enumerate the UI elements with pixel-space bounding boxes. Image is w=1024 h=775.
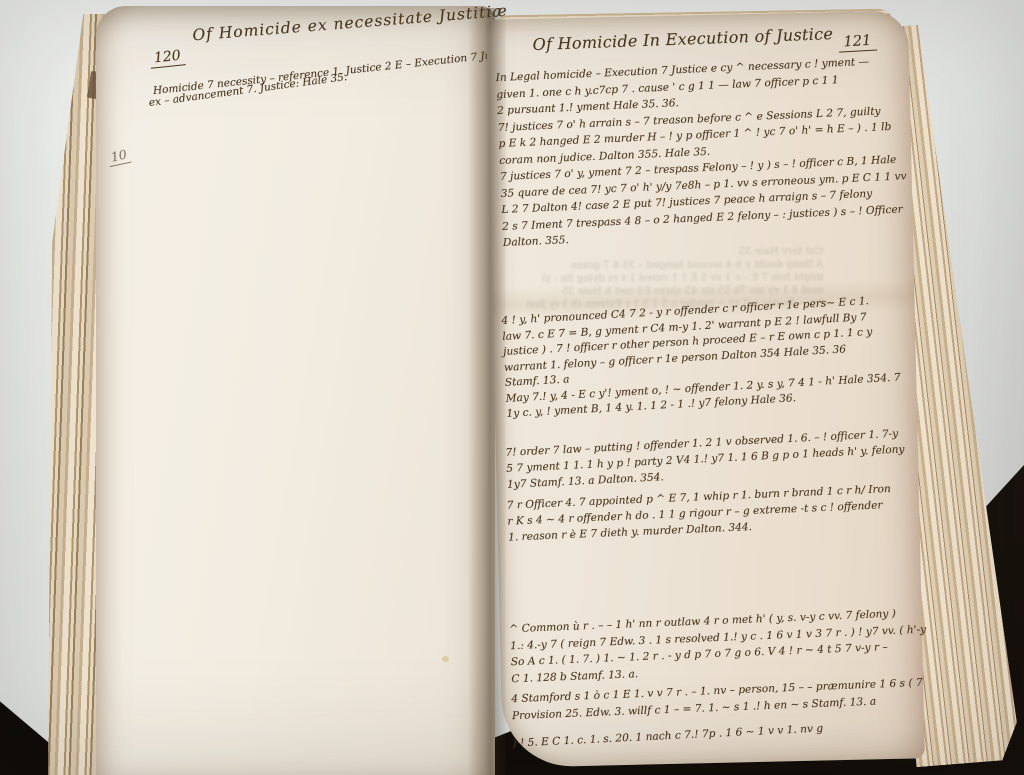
photo-of-open-manuscript-book: 10 Of Homicide ex necessitate Justitiæ 1…: [0, 0, 1024, 775]
right-page-paragraph-4: 7 r Officer 4. 7 appointed p ^ E 7, 1 wh…: [506, 481, 892, 546]
right-page-paragraph-1: In Legal homicide – Execution 7 Justice …: [495, 52, 909, 251]
right-page-number: 121: [838, 33, 877, 53]
paper-stain: [442, 656, 449, 662]
left-page-number: 120: [149, 47, 185, 69]
right-page: Of Homicide In Execution of Justice 121 …: [486, 10, 925, 767]
right-page-paragraph-2: 4 ! y, h' pronounced C4 7 2 - y r offend…: [501, 293, 902, 423]
right-page-title: Of Homicide In Execution of Justice: [532, 24, 833, 54]
right-page-paragraph-7: ) ! 5. E C 1. c. 1. s. 20. 1 nach c 7.! …: [512, 720, 823, 752]
book-gutter-shadow: [468, 8, 506, 775]
left-page: [96, 6, 495, 775]
right-page-paragraph-5: ^ Common ù r . – – 1 h' nn r outlaw 4 r …: [509, 605, 928, 688]
manuscript-line: ) ! 5. E C 1. c. 1. s. 20. 1 nach c 7.! …: [512, 720, 823, 752]
